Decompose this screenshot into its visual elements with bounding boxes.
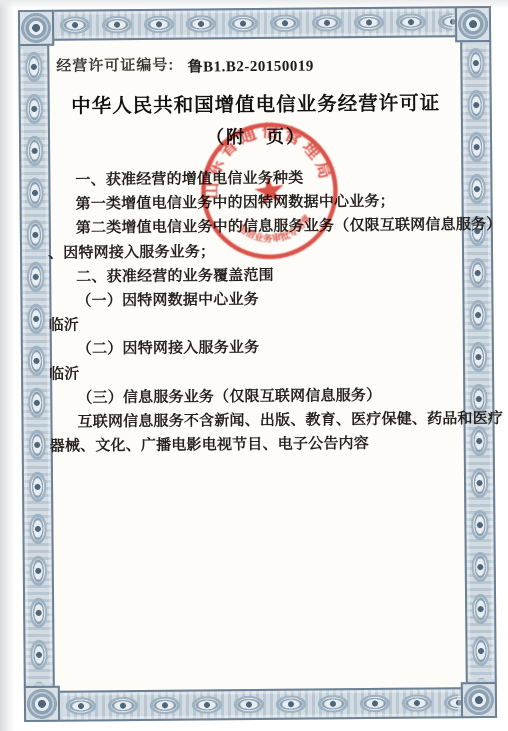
- body-line: 临沂: [49, 359, 467, 387]
- body-line: 器械、文化、广播电影电视节目、电子公告内容: [50, 431, 468, 459]
- certificate-sheet: 经营许可证编号: 鲁B1.B2-20150019 中华人民共和国增值电信业务经营…: [18, 6, 497, 722]
- body-line: 互联网信息服务不含新闻、出版、教育、医疗保健、药品和医疗: [49, 407, 467, 435]
- certificate-content: 经营许可证编号: 鲁B1.B2-20150019 中华人民共和国增值电信业务经营…: [46, 35, 470, 695]
- body-line: 第二类增值电信业务中的信息服务业务（仅限互联网信息服务）: [48, 214, 466, 242]
- license-number-label: 经营许可证编号:: [56, 57, 174, 75]
- body-line: 二、获准经营的业务覆盖范围: [48, 262, 466, 290]
- body-line: 第一类增值电信业务中的因特网数据中心业务；: [48, 189, 466, 217]
- body-line: （二）因特网接入服务业务: [49, 335, 467, 363]
- certificate-body: 一、获准经营的增值电信业务种类 第一类增值电信业务中的因特网数据中心业务； 第二…: [47, 165, 468, 459]
- certificate-title: 中华人民共和国增值电信业务经营许可证: [47, 87, 465, 119]
- body-line: 一、获准经营的增值电信业务种类: [47, 165, 465, 193]
- certificate-subtitle: （附 页）: [47, 121, 465, 151]
- body-line: 临沂: [49, 310, 467, 338]
- license-number-row: 经营许可证编号: 鲁B1.B2-20150019: [56, 51, 464, 76]
- scan-edge-shadow: [0, 0, 14, 731]
- body-line: 、因特网接入服务业务；: [48, 238, 466, 266]
- license-number-value: 鲁B1.B2-20150019: [188, 58, 314, 75]
- body-line: （一）因特网数据中心业务: [48, 286, 466, 314]
- body-line: （三）信息服务业务（仅限互联网信息服务）: [49, 383, 467, 411]
